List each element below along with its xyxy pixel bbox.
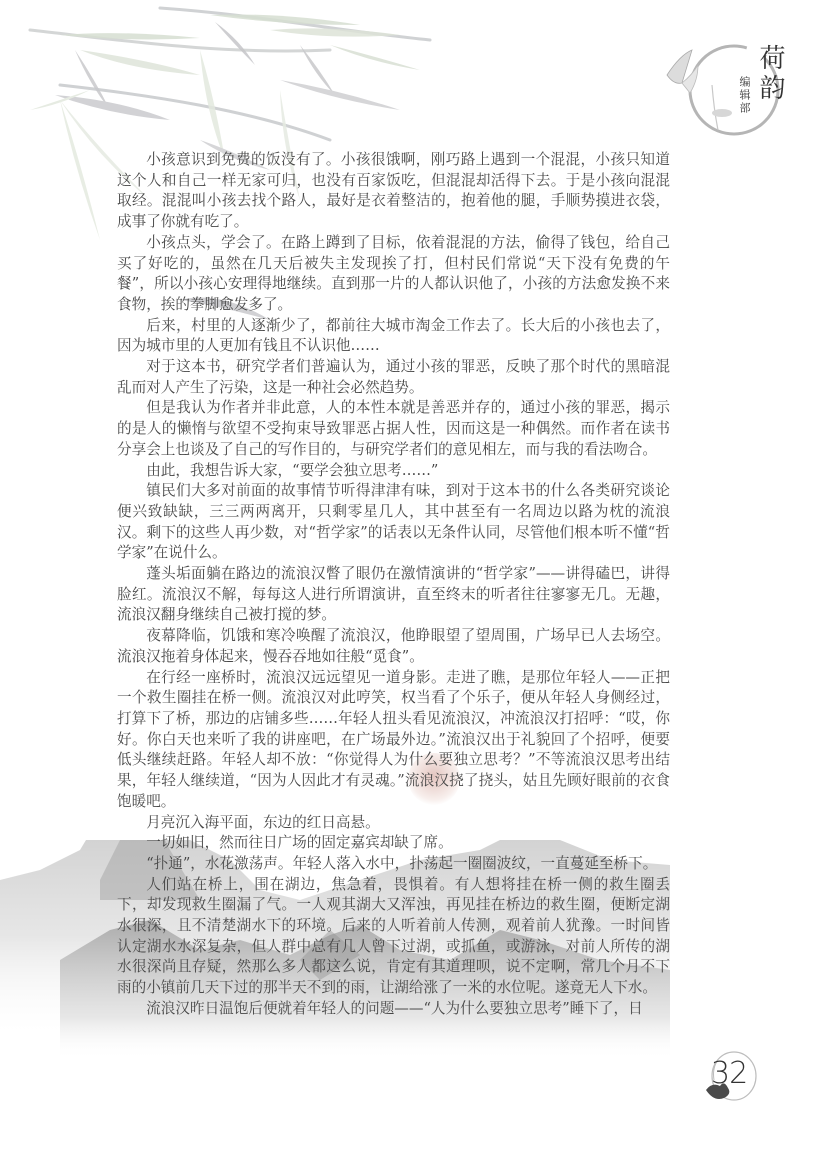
paragraph: 在行经一座桥时，流浪汉远远望见一道身影。走进了瞧，是那位年轻人——正把一个救生圈… <box>117 668 670 813</box>
page-number: 32 <box>711 1056 747 1091</box>
article-body: 小孩意识到免费的饭没有了。小孩很饿啊，刚巧路上遇到一个混混，小孩只知道这个人和自… <box>117 150 670 1020</box>
paragraph: 镇民们大多对前面的故事情节听得津津有味，到对于这本书的什么各类研究谈论便兴致缺缺… <box>117 481 670 564</box>
paragraph: 由此，我想告诉大家，“要学会独立思考……” <box>117 461 670 482</box>
paragraph: 流浪汉昨日温饱后便就着年轻人的问题——“人为什么要独立思考”睡下了，日 <box>117 999 670 1020</box>
paragraph: 小孩点头，学会了。在路上蹲到了目标，依着混混的方法，偷得了钱包，给自己买了好吃的… <box>117 233 670 316</box>
paragraph: 夜幕降临，饥饿和寒冷唤醒了流浪汉，他睁眼望了望周围，广场早已人去场空。流浪汉拖着… <box>117 626 670 667</box>
paragraph: 月亮沉入海平面，东边的红日高悬。 <box>117 813 670 834</box>
paragraph: 一切如旧，然而往日广场的固定嘉宾却缺了席。 <box>117 833 670 854</box>
paragraph: “扑通”，水花激荡声。年轻人落入水中，扑荡起一圈圈波纹，一直蔓延至桥下。 <box>117 854 670 875</box>
page-number-badge: 32 <box>702 1050 760 1106</box>
paragraph: 蓬头垢面躺在路边的流浪汉瞥了眼仍在激情演讲的“哲学家”——讲得磕巴，讲得脸红。流… <box>117 564 670 626</box>
paragraph: 对于这本书，研究学者们普遍认为，通过小孩的罪恶，反映了那个时代的黑暗混乱而对人产… <box>117 357 670 398</box>
logo-title: 荷韵 <box>752 44 789 104</box>
paragraph: 后来，村里的人逐渐少了，都前往大城市淘金工作去了。长大后的小孩也去了，因为城市里… <box>117 316 670 357</box>
paragraph: 但是我认为作者并非此意，人的本性本就是善恶并存的，通过小孩的罪恶，揭示的是人的懒… <box>117 398 670 460</box>
paragraph: 人们站在桥上，围在湖边，焦急着，畏惧着。有人想将挂在桥一侧的救生圈丢下，却发现救… <box>117 875 670 999</box>
paragraph: 小孩意识到免费的饭没有了。小孩很饿啊，刚巧路上遇到一个混混，小孩只知道这个人和自… <box>117 150 670 233</box>
logo-subtitle: 编辑部 <box>736 76 752 115</box>
